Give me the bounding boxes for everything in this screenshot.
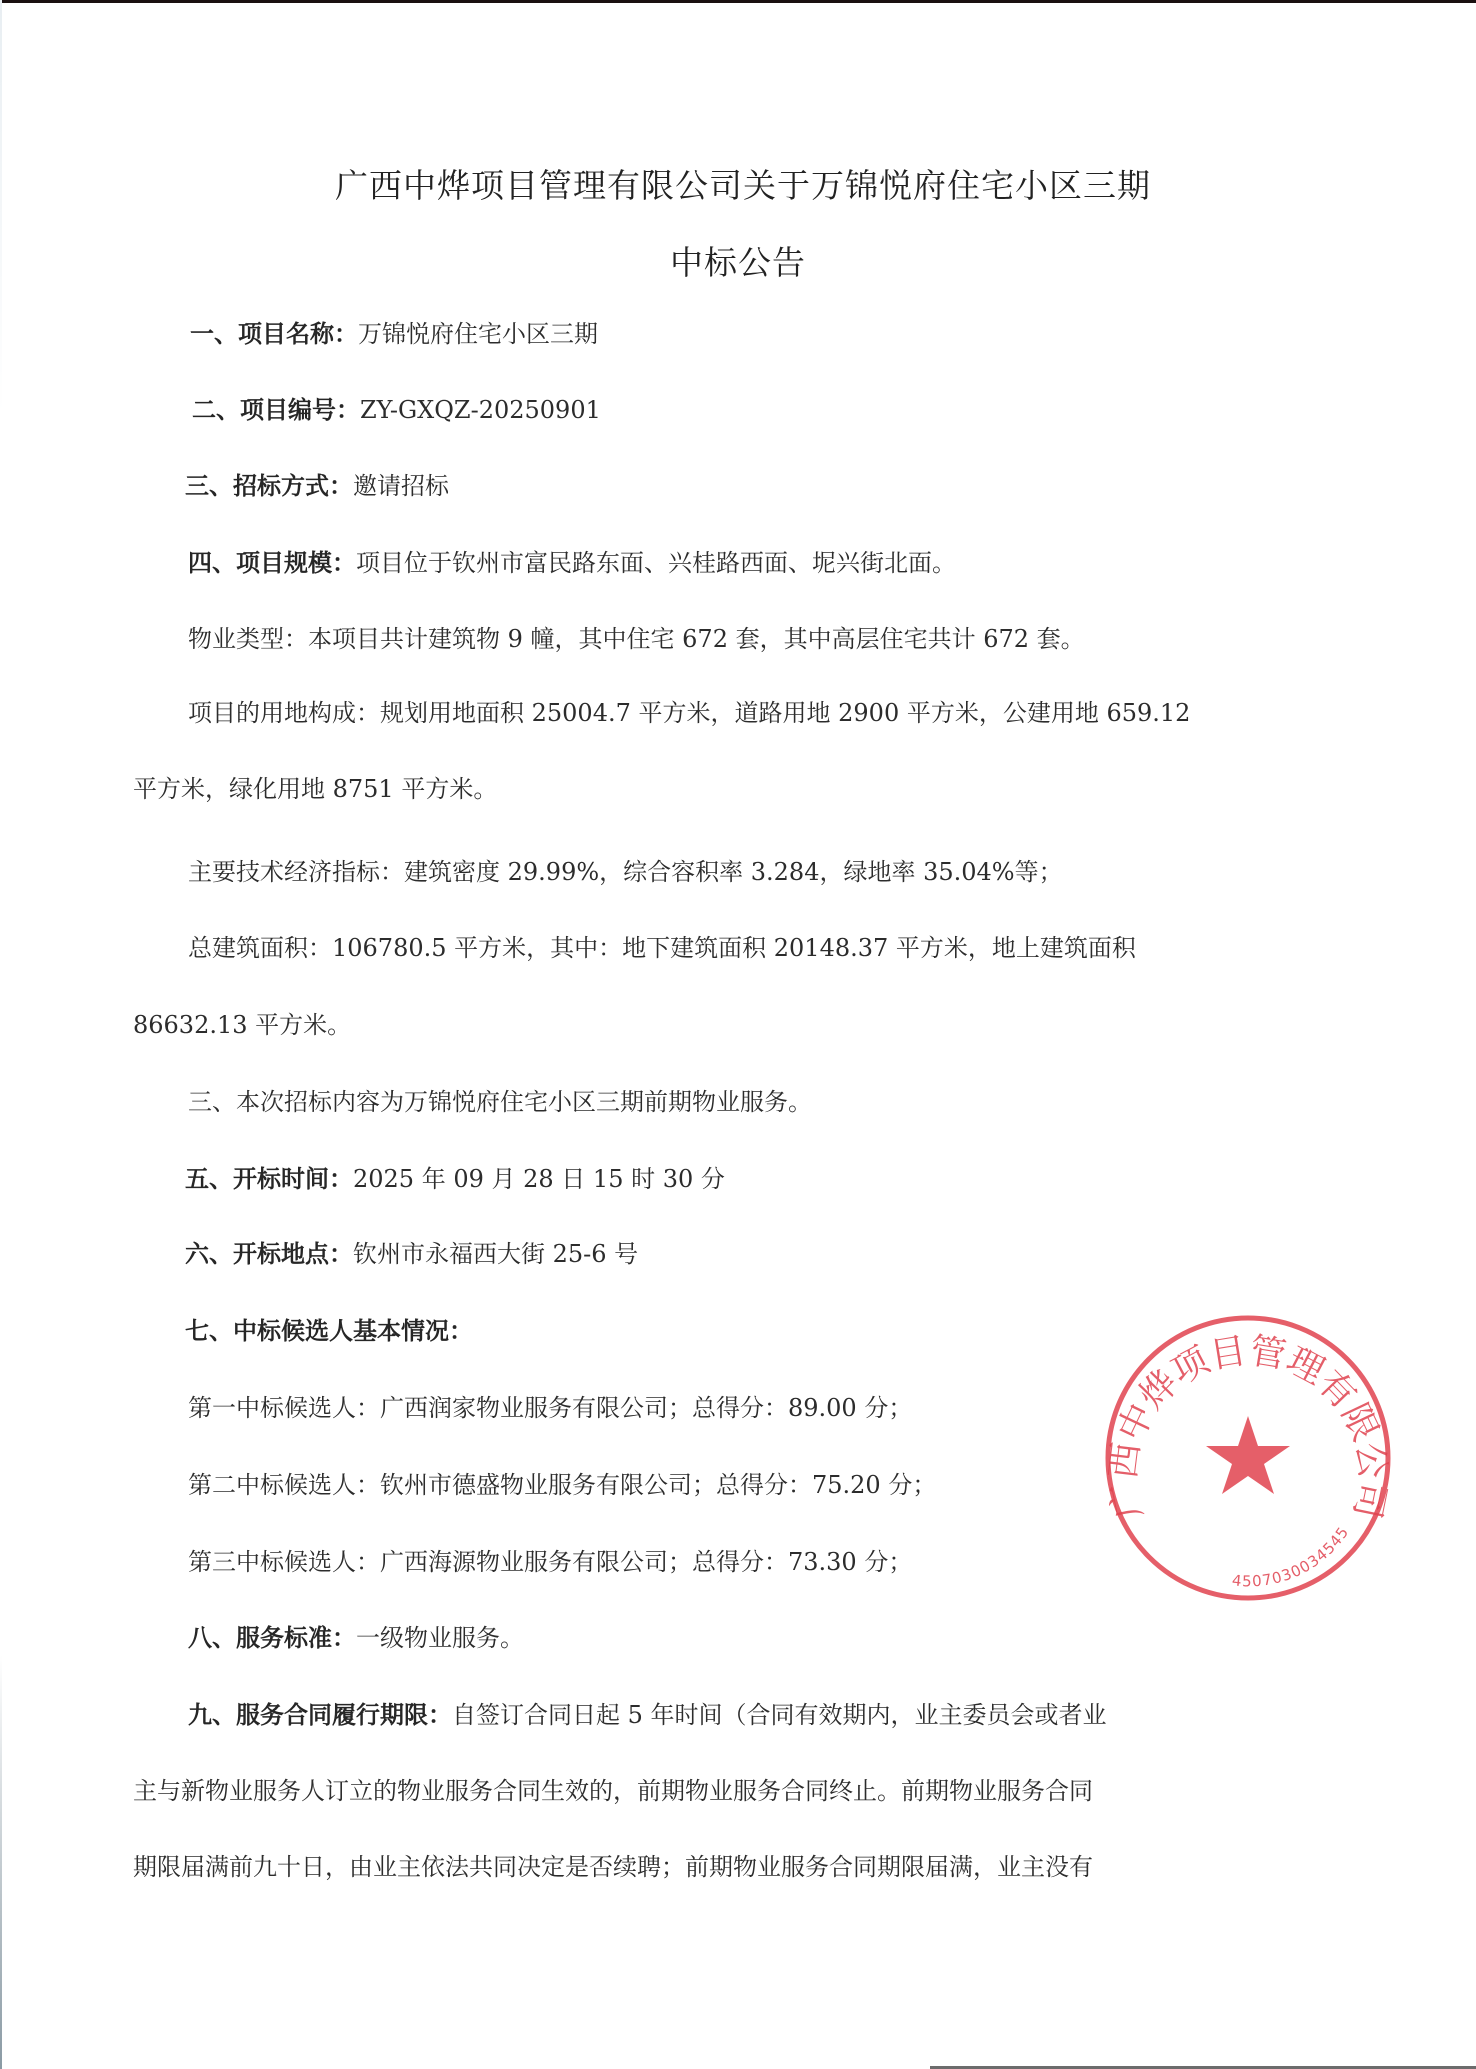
- opening-time-label: 五、开标时间：: [185, 1164, 353, 1193]
- project-number-label: 二、项目编号：: [192, 395, 360, 424]
- candidates-label: 七、中标候选人基本情况：: [185, 1316, 473, 1345]
- candidate-2: 第二中标候选人：钦州市德盛物业服务有限公司；总得分：75.20 分；: [188, 1469, 936, 1501]
- document-subtitle: 中标公告: [0, 237, 1476, 284]
- project-scale-line: 四、项目规模：项目位于钦州市富民路东面、兴桂路西面、坭兴街北面。: [188, 547, 956, 579]
- contract-term-label: 九、服务合同履行期限：: [188, 1700, 452, 1729]
- opening-time-value: 2025 年 09 月 28 日 15 时 30 分: [353, 1165, 725, 1193]
- project-number-line: 二、项目编号：ZY-GXQZ-20250901: [192, 394, 601, 426]
- seal-star-icon: [1206, 1416, 1290, 1494]
- project-number-value: ZY-GXQZ-20250901: [360, 396, 601, 424]
- candidate-3: 第三中标候选人：广西海源物业服务有限公司；总得分：73.30 分；: [188, 1546, 912, 1578]
- seal-code-text: 4507030034545: [1231, 1523, 1353, 1590]
- contract-term-line-2: 主与新物业服务人订立的物业服务合同生效的，前期物业服务合同终止。前期物业服务合同: [133, 1775, 1093, 1807]
- scan-edge-top: [0, 0, 1476, 3]
- land-use-line-2: 平方米，绿化用地 8751 平方米。: [133, 773, 497, 805]
- project-scale-value: 项目位于钦州市富民路东面、兴桂路西面、坭兴街北面。: [356, 549, 956, 577]
- contract-term-line-1: 九、服务合同履行期限：自签订合同日起 5 年时间（合同有效期内，业主委员会或者业: [188, 1699, 1107, 1731]
- project-name-line: 一、项目名称：万锦悦府住宅小区三期: [190, 318, 598, 350]
- opening-location-value: 钦州市永福西大街 25-6 号: [353, 1240, 638, 1268]
- opening-location-line: 六、开标地点：钦州市永福西大街 25-6 号: [185, 1238, 638, 1270]
- document-title: 广西中烨项目管理有限公司关于万锦悦府住宅小区三期: [5, 160, 1476, 207]
- service-standard-label: 八、服务标准：: [188, 1623, 356, 1652]
- company-seal-stamp: 广西中烨项目管理有限公司 4507030034545: [1103, 1313, 1393, 1603]
- opening-location-label: 六、开标地点：: [185, 1239, 353, 1268]
- service-standard-value: 一级物业服务。: [356, 1624, 524, 1652]
- candidate-1: 第一中标候选人：广西润家物业服务有限公司；总得分：89.00 分；: [188, 1392, 912, 1424]
- indicators-line: 主要技术经济指标：建筑密度 29.99%，综合容积率 3.284，绿地率 35.…: [188, 856, 1063, 888]
- contract-term-line-3: 期限届满前九十日，由业主依法共同决定是否续聘；前期物业服务合同期限届满，业主没有: [133, 1851, 1093, 1883]
- tender-content-line: 三、本次招标内容为万锦悦府住宅小区三期前期物业服务。: [188, 1086, 812, 1118]
- project-name-label: 一、项目名称：: [190, 319, 358, 348]
- property-type-line: 物业类型：本项目共计建筑物 9 幢，其中住宅 672 套，其中高层住宅共计 67…: [188, 623, 1085, 655]
- opening-time-line: 五、开标时间：2025 年 09 月 28 日 15 时 30 分: [185, 1163, 725, 1195]
- bidding-method-label: 三、招标方式：: [185, 471, 353, 500]
- candidates-heading: 七、中标候选人基本情况：: [185, 1315, 473, 1347]
- land-use-line-1: 项目的用地构成：规划用地面积 25004.7 平方米，道路用地 2900 平方米…: [188, 697, 1190, 729]
- scan-edge-left: [0, 0, 2, 2069]
- bidding-method-line: 三、招标方式：邀请招标: [185, 470, 449, 502]
- project-scale-label: 四、项目规模：: [188, 548, 356, 577]
- service-standard-line: 八、服务标准：一级物业服务。: [188, 1622, 524, 1654]
- total-area-line-2: 86632.13 平方米。: [133, 1009, 351, 1041]
- project-name-value: 万锦悦府住宅小区三期: [358, 320, 598, 348]
- contract-term-value-1: 自签订合同日起 5 年时间（合同有效期内，业主委员会或者业: [452, 1701, 1107, 1729]
- total-area-line-1: 总建筑面积：106780.5 平方米，其中：地下建筑面积 20148.37 平方…: [188, 932, 1136, 964]
- bidding-method-value: 邀请招标: [353, 472, 449, 500]
